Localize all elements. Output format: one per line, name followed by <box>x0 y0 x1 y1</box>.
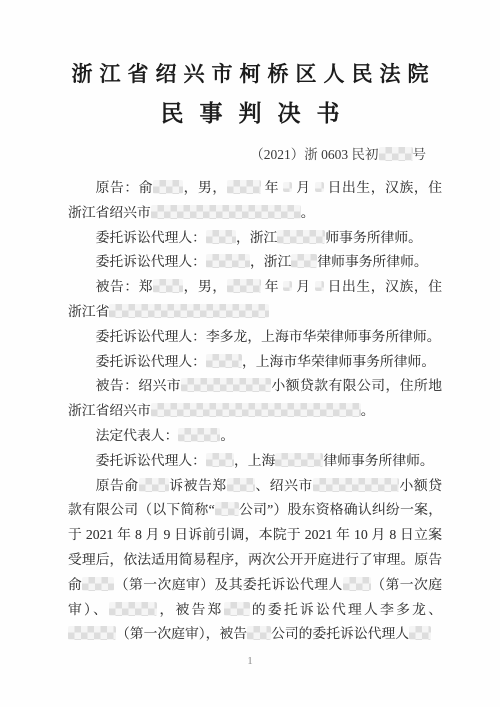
case-number: （2021）浙 0603 民初号 <box>0 143 500 163</box>
redacted-text <box>151 403 361 417</box>
text-run: 委托诉讼代理人：李多龙，上海市华荣律师事务所律师。 <box>96 329 441 344</box>
text-run: ，上海 <box>234 453 275 468</box>
redacted-text <box>181 378 271 392</box>
redacted-text <box>227 180 261 194</box>
redacted-text <box>206 254 250 268</box>
text-run: 年 <box>261 180 283 195</box>
redacted-text <box>315 281 324 291</box>
text-run: 委托诉讼代理人： <box>96 354 206 369</box>
redacted-text <box>283 281 292 291</box>
redacted-text <box>153 279 183 293</box>
redacted-text <box>343 577 371 591</box>
redacted-text <box>206 354 242 368</box>
redacted-text <box>227 478 255 492</box>
page-number: 1 <box>0 655 500 667</box>
text-run: 年 <box>261 279 283 294</box>
redacted-text <box>277 230 325 244</box>
paragraph: 法定代表人：。 <box>68 424 442 449</box>
redacted-text <box>109 602 157 616</box>
paragraph: 原告俞诉被告郑、绍兴市小额贷款有限公司（以下简称“公司”）股东资格确认纠纷一案，… <box>68 474 442 648</box>
document-body: 原告：俞，男， 年 月 日出生，汉族，住浙江省绍兴市。委托诉讼代理人：，浙江师事… <box>0 176 500 647</box>
text-run: ，男， <box>183 279 227 294</box>
paragraph: 被告：绍兴市小额贷款有限公司，住所地浙江省绍兴市。 <box>68 374 442 424</box>
redacted-text <box>215 502 239 516</box>
redacted-text <box>313 478 399 492</box>
text-run: （2021）浙 0603 民初 <box>250 147 378 162</box>
paragraph: 委托诉讼代理人：，上海市华荣律师事务所律师。 <box>68 350 442 375</box>
text-run: 。 <box>220 428 234 443</box>
text-run: 原告：俞 <box>96 180 153 195</box>
text-run: 委托诉讼代理人： <box>96 453 206 468</box>
court-name: 浙江省绍兴市柯桥区人民法院 <box>0 0 500 88</box>
text-run: 师事务所律师。 <box>325 230 422 245</box>
redacted-text <box>247 626 271 640</box>
redacted-text <box>283 182 292 192</box>
redacted-text <box>379 147 413 161</box>
text-run: 法定代表人： <box>96 428 179 443</box>
text-run: 公司的委托诉讼代理人 <box>271 626 409 641</box>
text-run: （第一次庭审）及其委托诉讼代理人 <box>114 577 343 592</box>
text-run: 委托诉讼代理人： <box>96 254 206 269</box>
text-run: 被告：郑 <box>96 279 153 294</box>
text-run: 律师事务所律师。 <box>317 254 427 269</box>
redacted-text <box>275 453 323 467</box>
text-run: ，被告郑 <box>157 602 223 617</box>
redacted-text <box>82 577 114 591</box>
text-run: ，男， <box>183 180 227 195</box>
document-title: 民事判决书 <box>0 88 500 128</box>
text-run: ，上海市华荣律师事务所律师。 <box>242 354 435 369</box>
text-run: 委托诉讼代理人： <box>96 230 206 245</box>
redacted-text <box>178 428 220 442</box>
paragraph: 委托诉讼代理人：李多龙，上海市华荣律师事务所律师。 <box>68 325 442 350</box>
paragraph: 原告：俞，男， 年 月 日出生，汉族，住浙江省绍兴市。 <box>68 176 442 226</box>
redacted-text <box>409 626 431 640</box>
text-run: ，浙江 <box>236 230 277 245</box>
redacted-text <box>153 180 183 194</box>
redacted-text <box>224 602 250 616</box>
redacted-text <box>206 230 236 244</box>
redacted-text <box>151 205 301 219</box>
text-run: 号 <box>413 147 427 162</box>
text-run: 律师事务所律师。 <box>323 453 433 468</box>
paragraph: 委托诉讼代理人：，浙江律师事务所律师。 <box>68 250 442 275</box>
paragraph: 委托诉讼代理人：，上海律师事务所律师。 <box>68 449 442 474</box>
text-run: ，浙江 <box>250 254 291 269</box>
redacted-text <box>68 626 116 640</box>
text-run: 、绍兴市 <box>255 478 313 493</box>
paragraph: 被告：郑，男， 年 月 日出生，汉族，住浙江省 <box>68 275 442 325</box>
redacted-text <box>291 254 317 268</box>
judgment-page: 浙江省绍兴市柯桥区人民法院 民事判决书 （2021）浙 0603 民初号 原告：… <box>0 0 500 707</box>
text-run: 。 <box>301 205 315 220</box>
redacted-text <box>206 453 234 467</box>
paragraph: 委托诉讼代理人：，浙江师事务所律师。 <box>68 226 442 251</box>
redacted-text <box>227 279 261 293</box>
redacted-text <box>109 304 269 318</box>
text-run: 原告俞 <box>96 478 139 493</box>
redacted-text <box>139 478 169 492</box>
redacted-text <box>315 182 324 192</box>
text-run: 月 <box>292 279 314 294</box>
text-run: （第一次庭审），被告 <box>116 626 247 641</box>
text-run: 诉被告郑 <box>169 478 227 493</box>
text-run: 被告：绍兴市 <box>96 378 181 393</box>
text-run: 。 <box>361 403 375 418</box>
text-run: 的委托诉讼代理人李多龙、 <box>250 602 442 617</box>
text-run: 月 <box>292 180 314 195</box>
